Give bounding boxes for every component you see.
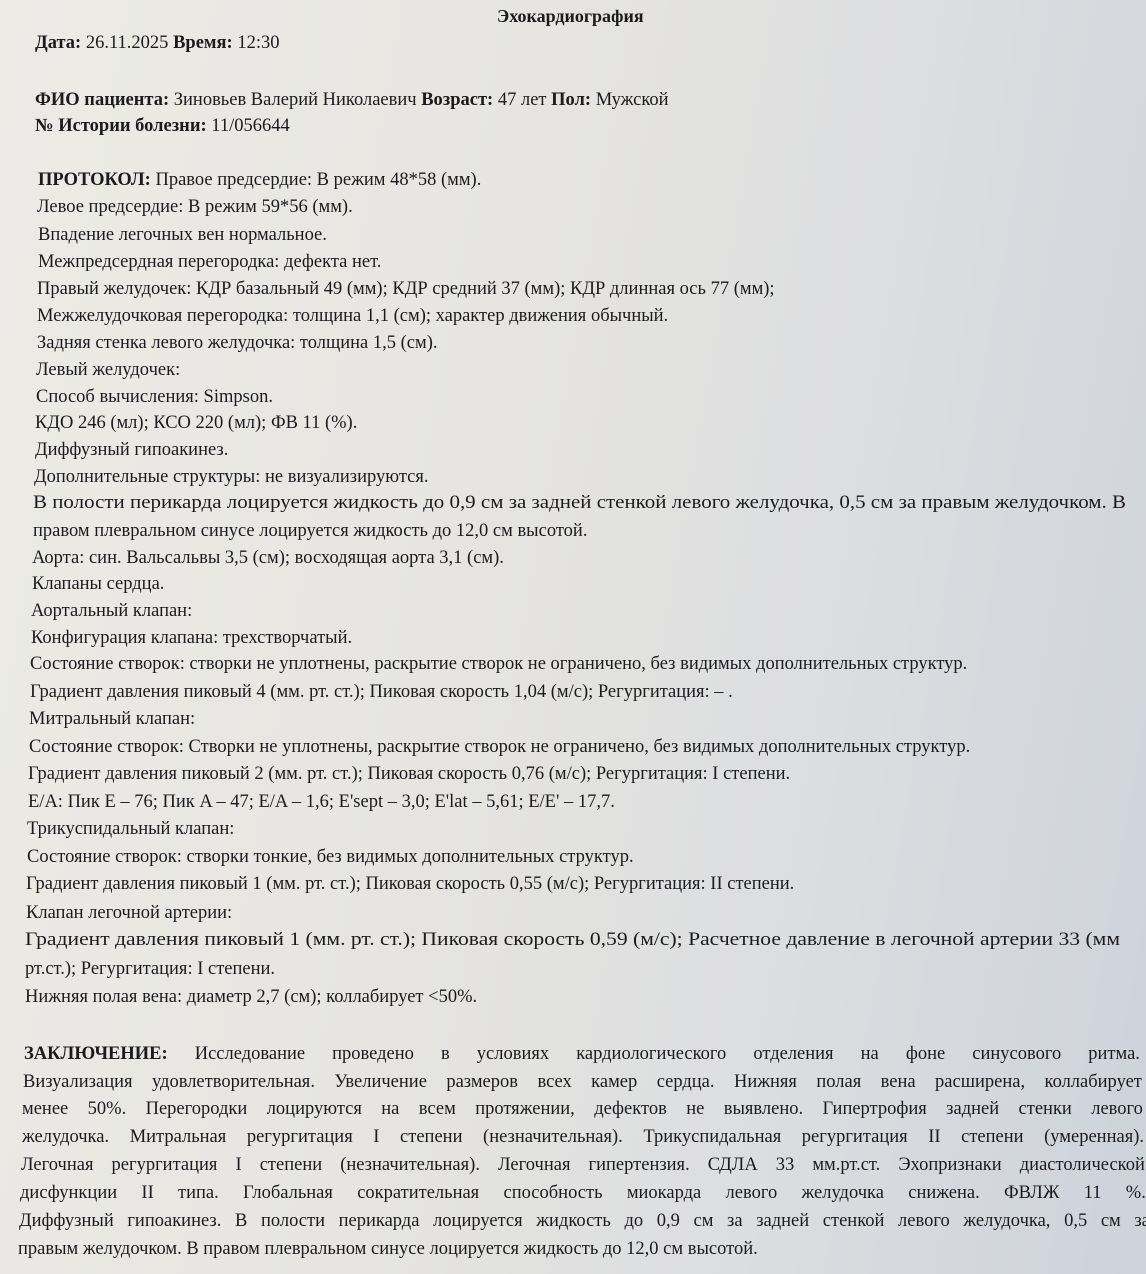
conclusion-word: регургитация (247, 1126, 353, 1148)
protocol-line: E/A: Пик E – 76; Пик A – 47; E/A – 1,6; … (28, 791, 615, 813)
conclusion-word: размеров (446, 1071, 518, 1093)
conclusion-word: сократительная (357, 1182, 479, 1204)
protocol-line: Межпредсердная перегородка: дефекта нет. (38, 251, 381, 273)
protocol-line: Способ вычисления: Simpson. (36, 386, 273, 408)
conclusion-word: полая (816, 1071, 861, 1093)
conclusion-word: перикарда (339, 1210, 420, 1232)
protocol-line-text: Градиент давления пиковый 4 (мм. рт. ст.… (30, 682, 733, 702)
conclusion-word: Перегородки (146, 1098, 248, 1120)
conclusion-word: регургитация (112, 1154, 218, 1176)
sex-value: Мужской (596, 90, 669, 110)
protocol-line: Клапаны сердца. (32, 573, 164, 595)
protocol-line-text: Аорта: син. Вальсальвы 3,5 (см); восходя… (32, 548, 504, 568)
protocol-line-text: Митральный клапан: (29, 709, 195, 729)
conclusion-word: миокарда (627, 1182, 701, 1204)
conclusion-word: стенкой (823, 1210, 885, 1232)
protocol-line-text: Состояние створок: Створки не уплотнены,… (29, 737, 970, 757)
conclusion-word: Трикуспидальная (643, 1126, 781, 1148)
conclusion-word: мм.рт.ст. (812, 1154, 880, 1176)
conclusion-word: степени (961, 1126, 1023, 1148)
age-label: Возраст: (421, 90, 493, 110)
conclusion-word: не (686, 1098, 704, 1120)
conclusion-word: (незначительная). (483, 1126, 623, 1148)
protocol-line-text: В полости перикарда лоцируется жидкость … (33, 493, 1126, 513)
conclusion-word: типа. (178, 1182, 219, 1204)
conclusion-word: Легочная (21, 1154, 93, 1176)
conclusion-word: Диффузный (19, 1210, 114, 1232)
conclusion-word: степени (260, 1154, 322, 1176)
conclusion-word: 0,5 (1064, 1210, 1087, 1232)
conclusion-word: отделения (753, 1043, 833, 1065)
protocol-line-text: Правый желудочек: КДР базальный 49 (мм);… (37, 279, 775, 299)
protocol-line: Аорта: син. Вальсальвы 3,5 (см); восходя… (32, 547, 504, 569)
conclusion-word: стенки (1019, 1098, 1072, 1120)
conclusion-word: в (441, 1043, 450, 1065)
conclusion-word: %. (1126, 1182, 1146, 1204)
conclusion-word: синусового (972, 1043, 1061, 1065)
conclusion-word: гипертензия. (589, 1154, 690, 1176)
conclusion-word: сердца. (657, 1071, 715, 1093)
conclusion-word: 11 (1084, 1182, 1102, 1204)
conclusion-line: Диффузныйгипоакинез.Вполостиперикардалоц… (19, 1210, 1146, 1232)
conclusion-word: за (1134, 1210, 1146, 1232)
conclusion-word: удовлетворительная. (152, 1071, 315, 1093)
protocol-line-text: Аортальный клапан: (31, 601, 192, 621)
conclusion-word: всем (419, 1098, 456, 1120)
conclusion-word: всех (537, 1071, 571, 1093)
conclusion-word: лоцируется (433, 1210, 523, 1232)
conclusion-word: задней (946, 1098, 999, 1120)
conclusion-word: протяжении, (475, 1098, 575, 1120)
protocol-line-text: Градиент давления пиковый 2 (мм. рт. ст.… (28, 764, 790, 784)
protocol-line: Левый желудочек: (36, 359, 180, 381)
conclusion-word: Гипертрофия (823, 1098, 927, 1120)
date-value: 26.11.2025 (86, 33, 169, 53)
protocol-line: В полости перикарда лоцируется жидкость … (33, 492, 1126, 514)
protocol-line: Левое предсердие: В режим 59*56 (мм). (37, 196, 353, 218)
protocol-line: Впадение легочных вен нормальное. (38, 224, 327, 246)
conclusion-word: за (727, 1210, 743, 1232)
conclusion-word: II (141, 1182, 153, 1204)
conclusion-word: Эхопризнаки (898, 1154, 1001, 1176)
conclusion-word: СДЛА (708, 1154, 758, 1176)
conclusion-word: гипоакинез. (127, 1210, 221, 1232)
conclusion-word: вена (881, 1071, 916, 1093)
protocol-line-text: Конфигурация клапана: трехстворчатый. (31, 628, 352, 648)
conclusion-word: коллабирует (1045, 1071, 1142, 1093)
protocol-line-text: E/A: Пик E – 76; Пик A – 47; E/A – 1,6; … (28, 792, 615, 812)
document-title: Эхокардиография (497, 6, 644, 27)
conclusion-word: ФВЛЖ (1004, 1182, 1059, 1204)
protocol-line-text: правом плевральном синусе лоцируется жид… (33, 521, 587, 541)
conclusion-word: Визуализация (23, 1071, 133, 1093)
patient-line: ФИО пациента: Зиновьев Валерий Николаеви… (35, 89, 669, 111)
protocol-line-text: Межжелудочковая перегородка: толщина 1,1… (37, 306, 668, 326)
protocol-line: правом плевральном синусе лоцируется жид… (33, 520, 587, 542)
protocol-line: Градиент давления пиковый 1 (мм. рт. ст.… (25, 929, 1120, 951)
conclusion-word: 50%. (88, 1098, 127, 1120)
conclusion-word: Легочная (498, 1154, 570, 1176)
conclusion-word: 33 (776, 1154, 795, 1176)
protocol-line: Правый желудочек: КДР базальный 49 (мм);… (37, 278, 775, 300)
sex-label: Пол: (551, 90, 591, 110)
conclusion-word: В (235, 1210, 247, 1232)
protocol-line: Аортальный клапан: (31, 600, 192, 622)
protocol-line: Состояние створок: Створки не уплотнены,… (29, 736, 970, 758)
conclusion-word: (незначительная). (340, 1154, 480, 1176)
date-label: Дата: (35, 33, 81, 53)
conclusion-word: II (928, 1126, 940, 1148)
conclusion-word: Глобальная (243, 1182, 333, 1204)
conclusion-word: жидкость (536, 1210, 611, 1232)
conclusion-word: до (624, 1210, 643, 1232)
conclusion-word: I (235, 1154, 241, 1176)
conclusion-word: полости (261, 1210, 325, 1232)
conclusion-line-text: правым желудочком. В правом плевральном … (18, 1238, 758, 1260)
conclusion-word: кардиологического (576, 1043, 726, 1065)
conclusion-line: ЛегочнаярегургитацияIстепени(незначитель… (21, 1154, 1145, 1176)
time-label: Время: (173, 33, 233, 53)
protocol-line-text: Левый желудочек: (36, 360, 180, 380)
protocol-line: Градиент давления пиковый 1 (мм. рт. ст.… (26, 873, 794, 895)
history-label: № Истории болезни: (35, 116, 207, 136)
protocol-line-text: Клапаны сердца. (32, 574, 164, 594)
conclusion-word: задней (756, 1210, 809, 1232)
protocol-label: ПРОТОКОЛ: (38, 170, 155, 190)
protocol-line: Межжелудочковая перегородка: толщина 1,1… (37, 305, 668, 327)
protocol-line: Задняя стенка левого желудочка: толщина … (37, 332, 438, 354)
protocol-line: Диффузный гипоакинез. (35, 439, 228, 461)
conclusion-word: см (1101, 1210, 1121, 1232)
protocol-line: Градиент давления пиковый 2 (мм. рт. ст.… (28, 763, 790, 785)
conclusion-word: проведено (332, 1043, 414, 1065)
conclusion-word: желудочка, (963, 1210, 1050, 1232)
age-value: 47 лет (498, 90, 547, 110)
conclusion-word: фоне (906, 1043, 945, 1065)
protocol-line-text: Градиент давления пиковый 1 (мм. рт. ст.… (25, 930, 1120, 950)
conclusion-word: условиях (477, 1043, 549, 1065)
protocol-line-text: Нижняя полая вена: диаметр 2,7 (см); кол… (25, 987, 477, 1007)
conclusion-word: левого (726, 1182, 778, 1204)
conclusion-word: (умеренная). (1044, 1126, 1144, 1148)
protocol-line-text: Дополнительные структуры: не визуализиру… (34, 467, 429, 487)
conclusion-word: левого (898, 1210, 950, 1232)
history-line: № Истории болезни: 11/056644 (35, 115, 290, 137)
conclusion-word: левого (1091, 1098, 1143, 1120)
conclusion-word: см (694, 1210, 714, 1232)
protocol-line-text: Состояние створок: створки тонкие, без в… (27, 847, 634, 867)
protocol-line: ПРОТОКОЛ: Правое предсердие: В режим 48*… (38, 169, 481, 191)
conclusion-word: выявлено. (724, 1098, 803, 1120)
conclusion-word: Исследование (195, 1043, 305, 1065)
conclusion-word: Митральная (130, 1126, 227, 1148)
conclusion-word: на (861, 1043, 879, 1065)
conclusion-word: камер (591, 1071, 637, 1093)
conclusion-word: расширена, (935, 1071, 1025, 1093)
protocol-line: Градиент давления пиковый 4 (мм. рт. ст.… (30, 681, 733, 703)
conclusion-label: ЗАКЛЮЧЕНИЕ: (24, 1043, 168, 1065)
conclusion-line: правым желудочком. В правом плевральном … (18, 1238, 758, 1260)
time-value: 12:30 (237, 33, 279, 53)
conclusion-word: способность (503, 1182, 602, 1204)
protocol-line-text: Впадение легочных вен нормальное. (38, 225, 327, 245)
conclusion-word: дисфункции (20, 1182, 117, 1204)
patient-name-label: ФИО пациента: (35, 90, 169, 110)
protocol-line: Состояние створок: створки не уплотнены,… (30, 653, 967, 675)
conclusion-word: на (381, 1098, 399, 1120)
conclusion-word: 0,9 (657, 1210, 680, 1232)
conclusion-word: регургитация (802, 1126, 908, 1148)
conclusion-word: Увеличение (334, 1071, 427, 1093)
protocol-line: Конфигурация клапана: трехстворчатый. (31, 627, 352, 649)
date-time-line: Дата: 26.11.2025 Время: 12:30 (35, 32, 279, 54)
protocol-line: рт.ст.); Регургитация: I степени. (25, 958, 275, 980)
protocol-line-text: Клапан легочной артерии: (26, 903, 232, 923)
protocol-line-text: Правое предсердие: В режим 48*58 (мм). (155, 170, 481, 190)
conclusion-line: Визуализацияудовлетворительная.Увеличени… (23, 1071, 1142, 1093)
conclusion-line: желудочка.МитральнаярегургитацияIстепени… (22, 1126, 1144, 1148)
conclusion-line: дисфункцииIIтипа.Глобальнаясократительна… (20, 1182, 1146, 1204)
conclusion-word: I (373, 1126, 379, 1148)
conclusion-word: снижена. (908, 1182, 980, 1204)
conclusion-word: желудочка. (22, 1126, 109, 1148)
conclusion-word: степени (400, 1126, 462, 1148)
protocol-line-text: Градиент давления пиковый 1 (мм. рт. ст.… (26, 874, 794, 894)
protocol-line-text: Способ вычисления: Simpson. (36, 387, 273, 407)
document-page: Эхокардиография Дата: 26.11.2025 Время: … (0, 0, 1146, 1274)
protocol-line-text: Трикуспидальный клапан: (27, 819, 234, 839)
history-value: 11/056644 (211, 116, 289, 136)
patient-name-value: Зиновьев Валерий Николаевич (174, 90, 417, 110)
protocol-line-text: Задняя стенка левого желудочка: толщина … (37, 333, 438, 353)
conclusion-line: ЗАКЛЮЧЕНИЕ:Исследованиепроведеновусловия… (24, 1043, 1140, 1065)
protocol-line-text: Левое предсердие: В режим 59*56 (мм). (37, 197, 353, 217)
conclusion-word: лоцируются (267, 1098, 362, 1120)
conclusion-word: дефектов (594, 1098, 667, 1120)
conclusion-word: диастолической (1020, 1154, 1145, 1176)
conclusion-word: Нижняя (734, 1071, 797, 1093)
protocol-line: КДО 246 (мл); КСО 220 (мл); ФВ 11 (%). (35, 412, 357, 434)
conclusion-word: желудочка (801, 1182, 883, 1204)
conclusion-word: менее (22, 1098, 68, 1120)
protocol-line: Состояние створок: створки тонкие, без в… (27, 846, 634, 868)
protocol-line-text: Межпредсердная перегородка: дефекта нет. (38, 252, 381, 272)
protocol-line-text: КДО 246 (мл); КСО 220 (мл); ФВ 11 (%). (35, 413, 357, 433)
protocol-line-text: рт.ст.); Регургитация: I степени. (25, 959, 275, 979)
protocol-line: Клапан легочной артерии: (26, 902, 232, 924)
conclusion-line: менее50%.Перегородкилоцируютсянавсемпрот… (22, 1098, 1143, 1120)
protocol-line-text: Диффузный гипоакинез. (35, 440, 228, 460)
protocol-line: Нижняя полая вена: диаметр 2,7 (см); кол… (25, 986, 477, 1008)
protocol-line: Митральный клапан: (29, 708, 195, 730)
protocol-line: Трикуспидальный клапан: (27, 818, 234, 840)
conclusion-word: ритма. (1088, 1043, 1140, 1065)
protocol-line: Дополнительные структуры: не визуализиру… (34, 466, 429, 488)
protocol-line-text: Состояние створок: створки не уплотнены,… (30, 654, 967, 674)
